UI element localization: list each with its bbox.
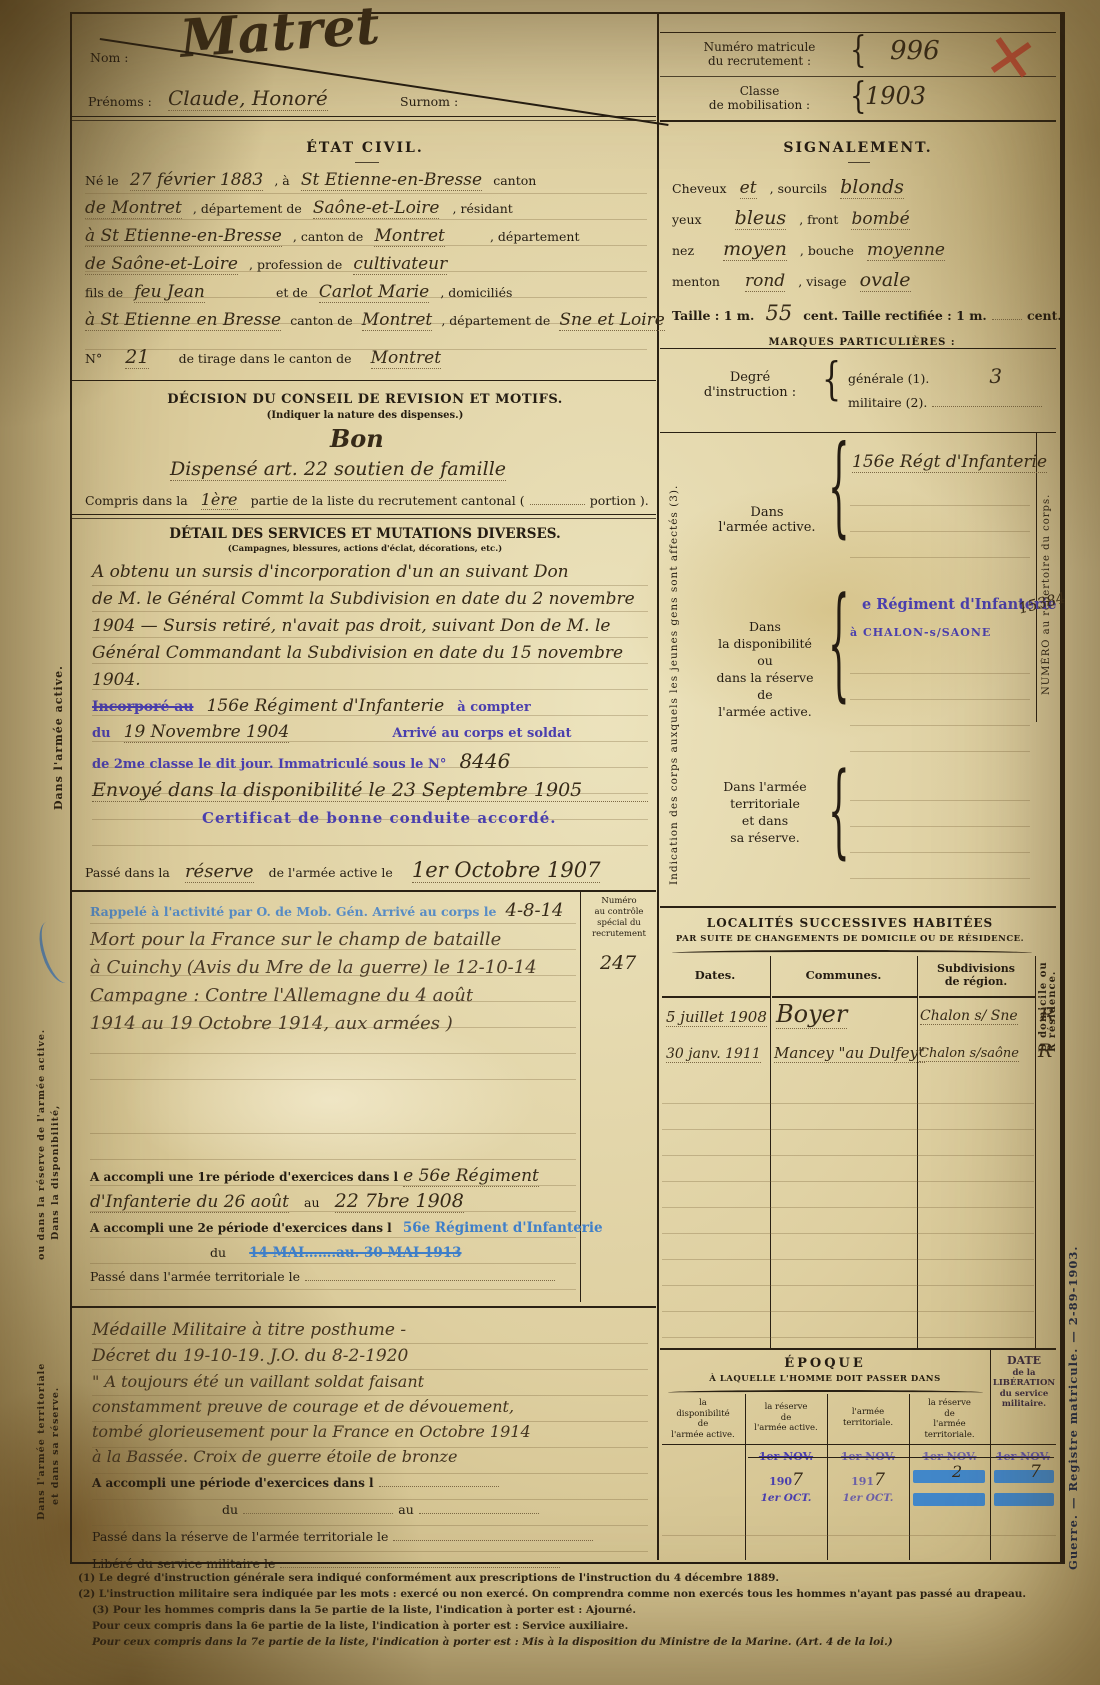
section-divider bbox=[660, 348, 1056, 349]
mobilisation-block: Rappelé à l'activité par O. de Mob. Gén.… bbox=[90, 898, 576, 1098]
epoque-date-header: DATE de la LIBÉRATION du service militai… bbox=[992, 1356, 1056, 1410]
tirage-line: N° 21 de tirage dans le canton de Montre… bbox=[85, 346, 441, 368]
taille-line: Taille : 1 m. 55 cent. Taille rectifiée … bbox=[672, 301, 1052, 325]
localites-row-date: 5 juillet 1908 bbox=[666, 1008, 767, 1027]
margin-label-disponibilite: ou dans la réserve de l'armée active. bbox=[36, 930, 47, 1260]
blue-paint-bar bbox=[913, 1470, 985, 1483]
decision-title: DÉCISION DU CONSEIL DE REVISION ET MOTIF… bbox=[85, 392, 645, 407]
corps-indication-vertical: Indication des corps auxquels les jeunes… bbox=[668, 445, 680, 885]
margin-label-disponibilite: Dans la disponibilité, bbox=[50, 960, 61, 1240]
etat-civil-line: de Montret , département de Saône-et-Loi… bbox=[85, 198, 647, 218]
incorporation-line: Incorporé au 156e Régiment d'Infanterie … bbox=[92, 696, 648, 716]
marques-label: MARQUES PARTICULIÈRES : bbox=[672, 337, 1052, 348]
blank-field bbox=[393, 1529, 593, 1541]
citation-line: constamment preuve de courage et de dévo… bbox=[92, 1397, 648, 1416]
localites-row-dr: R bbox=[1038, 1040, 1052, 1062]
passe-territoriale-line: Passé dans l'armée territoriale le bbox=[90, 1266, 576, 1285]
services-text-line: 1904. bbox=[92, 670, 648, 690]
footnote-line: Pour ceux compris dans la 6e partie de l… bbox=[92, 1618, 1063, 1634]
decision-mention: Bon bbox=[330, 424, 384, 453]
etat-civil-line: fils de feu Jean et de Carlot Marie , do… bbox=[85, 282, 647, 302]
localites-title: LOCALITÉS SUCCESSIVES HABITÉES bbox=[660, 916, 1040, 930]
periode1-line: d'Infanterie du 26 août au 22 7bre 1908 bbox=[90, 1190, 576, 1212]
section-divider bbox=[72, 1306, 656, 1308]
instruction-brace: { bbox=[822, 353, 841, 406]
classe-value: 1903 bbox=[865, 82, 926, 110]
mort-line: à Cuinchy (Avis du Mre de la guerre) le … bbox=[90, 957, 576, 978]
corps-dispo-lines bbox=[850, 648, 1030, 768]
epoque-col2-header: la réservedel'armée active. bbox=[747, 1402, 825, 1434]
registre-matricule-page: Nom : Matret Prénoms : Claude, Honoré Su… bbox=[0, 0, 1100, 1685]
blank-field bbox=[280, 1556, 560, 1568]
epoque-oct-cell: 1er OCT. bbox=[747, 1492, 825, 1504]
mort-line: Mort pour la France sur le champ de bata… bbox=[90, 929, 576, 950]
incorporation-line: de 2me classe le dit jour. Immatriculé s… bbox=[92, 749, 648, 773]
epoque-header-rule bbox=[662, 1444, 1056, 1445]
localites-col-line bbox=[1035, 956, 1036, 1348]
territoriale-block: Médaille Militaire à titre posthume - Dé… bbox=[92, 1318, 648, 1556]
epoque-oct-cell: 1er OCT. bbox=[829, 1492, 907, 1504]
etat-civil-line: Né le 27 février 1883 , à St Etienne-en-… bbox=[85, 170, 647, 190]
services-text-line: de M. le Général Commt la Subdivision en… bbox=[92, 589, 648, 609]
decision-dispense: Dispensé art. 22 soutien de famille bbox=[170, 458, 506, 481]
epoque-col1-header: ladisponibilitédel'armée active. bbox=[662, 1398, 744, 1440]
signalement-line: Cheveux et , sourcils blonds bbox=[672, 176, 1052, 198]
footnotes: (1) Le degré d'instruction générale sera… bbox=[78, 1570, 1063, 1650]
localites-col-subdivisions: Subdivisionsde région. bbox=[919, 962, 1033, 988]
corps-dispo-label: Dans la disponibilité ou dans la réserve… bbox=[700, 618, 830, 720]
localites-row-dr: R bbox=[1040, 1004, 1054, 1026]
localites-top-border bbox=[660, 906, 1056, 908]
etat-civil-line: à St Etienne en Bresse canton de Montret… bbox=[85, 310, 647, 330]
nom-label: Nom : bbox=[90, 50, 129, 65]
etat-civil-line: de Saône-et-Loire , profession de cultiv… bbox=[85, 254, 647, 274]
corps-dispo-stamp-ville: à CHALON-s/SAONE bbox=[850, 626, 991, 639]
blank-field bbox=[530, 493, 585, 505]
margin-label-territoriale: Dans l'armée territoriale bbox=[36, 1320, 47, 1520]
corps-active-brace: { bbox=[828, 424, 850, 552]
campagne-line: 1914 au 19 Octobre 1914, aux armées ) bbox=[90, 1013, 576, 1034]
rappel-line: Rappelé à l'activité par O. de Mob. Gén.… bbox=[90, 900, 576, 921]
localites-empty-rows bbox=[662, 1078, 1034, 1346]
epoque-subtitle: À LAQUELLE L'HOMME DOIT PASSER DANS bbox=[662, 1374, 988, 1384]
section-divider bbox=[72, 514, 656, 515]
localites-row-commune: Boyer bbox=[776, 1000, 847, 1029]
medaille-line: Décret du 19-10-19. J.O. du 8-2-1920 bbox=[92, 1346, 648, 1366]
signalement-line: nez moyen , bouche moyenne bbox=[672, 238, 1052, 260]
localites-subtitle: PAR SUITE DE CHANGEMENTS DE DOMICILE OU … bbox=[660, 934, 1040, 944]
epoque-overwrite: 7 bbox=[1030, 1462, 1041, 1482]
instruction-militaire: militaire (2). bbox=[848, 392, 1042, 411]
services-text-line: Général Commandant la Subdivision en dat… bbox=[92, 643, 648, 663]
matricule-value: 996 bbox=[890, 36, 940, 66]
services-text-line: 1904 — Sursis retiré, n'avait pas droit,… bbox=[92, 616, 648, 636]
blue-paint-bar bbox=[913, 1493, 985, 1506]
section-divider bbox=[72, 518, 656, 519]
decision-subtitle: (Indiquer la nature des dispenses.) bbox=[85, 410, 645, 421]
blue-paint-bar bbox=[994, 1470, 1054, 1483]
matricule-label: Numéro matriculedu recrutement : bbox=[672, 40, 847, 68]
controle-value: 247 bbox=[600, 952, 636, 974]
services-text-line: A obtenu un sursis d'incorporation d'un … bbox=[92, 562, 648, 582]
corps-active-label: Dansl'armée active. bbox=[712, 505, 822, 535]
envoye-line: Envoyé dans la disponibilité le 23 Septe… bbox=[92, 779, 648, 802]
localites-col-communes: Communes. bbox=[772, 968, 915, 982]
localites-row-subdivision: Chalon s/ Sne bbox=[920, 1008, 1018, 1025]
margin-label-armee-active: Dans l'armée active. bbox=[52, 590, 65, 810]
section-divider bbox=[72, 380, 656, 381]
passe-reserve-line: Passé dans la réserve de l'armée active … bbox=[85, 858, 600, 882]
epoque-title: ÉPOQUE bbox=[662, 1356, 988, 1371]
localites-header-rule bbox=[772, 996, 917, 998]
epoque-squiggle bbox=[668, 1390, 983, 1395]
section-divider bbox=[660, 432, 1056, 433]
corps-numero-vertical: NUMÉRO au répertoire du corps. bbox=[1041, 445, 1052, 695]
blank-field bbox=[419, 1502, 539, 1514]
matricule-box-bottom bbox=[660, 120, 1056, 122]
epoque-top-border bbox=[660, 1348, 1056, 1350]
instruction-label: Degréd'instruction : bbox=[690, 370, 810, 400]
corps-active-lines bbox=[850, 480, 1030, 580]
medaille-line: Médaille Militaire à titre posthume - bbox=[92, 1320, 648, 1340]
instruction-generale: générale (1). 3 bbox=[848, 364, 1002, 388]
footnote-line: (2) L'instruction militaire sera indiqué… bbox=[78, 1586, 1063, 1602]
header-rule bbox=[72, 120, 656, 121]
signalement-line: yeux bleus , front bombé bbox=[672, 207, 1052, 229]
title-dash bbox=[848, 162, 870, 163]
column-divider bbox=[657, 12, 659, 1560]
localites-row-commune: Mancey "au Dulfey" bbox=[774, 1044, 925, 1063]
corps-dispo-brace: { bbox=[828, 573, 850, 717]
localites-header-rule bbox=[662, 996, 770, 998]
services-block: A obtenu un sursis d'incorporation d'un … bbox=[92, 560, 648, 860]
localites-row-subdivision: Chalon s/saône bbox=[919, 1046, 1019, 1062]
footnote-line: Pour ceux compris dans la 7e partie de l… bbox=[92, 1634, 1063, 1650]
corps-active-value: 156e Régt d'Infanterie bbox=[852, 452, 1047, 473]
epoque-col4-header: la réservedel'arméeterritoriale. bbox=[911, 1398, 988, 1440]
section-divider bbox=[72, 890, 656, 892]
campagne-line: Campagne : Contre l'Allemagne du 4 août bbox=[90, 985, 576, 1006]
periodes-block: A accompli une 1re période d'exercices d… bbox=[90, 1108, 576, 1298]
etat-civil-block: Né le 27 février 1883 , à St Etienne-en-… bbox=[85, 168, 647, 368]
footnote-line: (1) Le degré d'instruction générale sera… bbox=[78, 1570, 1063, 1586]
etat-civil-line: à St Etienne-en-Bresse , canton de Montr… bbox=[85, 226, 647, 246]
controle-col-divider bbox=[580, 890, 581, 1302]
prenoms-label: Prénoms : bbox=[88, 94, 152, 109]
footnote-line: (3) Pour les hommes compris dans la 5e p… bbox=[92, 1602, 1063, 1618]
citation-line: tombé glorieusement pour la France en Oc… bbox=[92, 1422, 648, 1441]
signalement-line: menton rond , visage ovale bbox=[672, 269, 1052, 291]
blue-paint-bar bbox=[994, 1493, 1054, 1506]
accompli-line: A accompli une période d'exercices dans … bbox=[92, 1472, 648, 1491]
epoque-overwrite: 2 bbox=[952, 1462, 962, 1481]
header-rule bbox=[72, 116, 656, 117]
periode2-line: du 14 MAI…….au. 30 MAI 1913 bbox=[90, 1242, 576, 1261]
blank-field bbox=[243, 1502, 393, 1514]
citation-line: à la Bassée. Croix de guerre étoile de b… bbox=[92, 1447, 648, 1466]
services-subtitle: (Campagnes, blessures, actions d'éclat, … bbox=[85, 544, 645, 554]
certificat-line: Certificat de bonne conduite accordé. bbox=[202, 809, 648, 827]
blank-field bbox=[932, 395, 1042, 407]
epoque-col3-header: l'arméeterritoriale. bbox=[829, 1407, 907, 1428]
blank-field bbox=[305, 1269, 555, 1281]
margin-label-territoriale: et dans sa réserve. bbox=[50, 1335, 61, 1505]
prenoms-value: Claude, Honoré bbox=[168, 86, 328, 111]
localites-row-date: 30 janv. 1911 bbox=[666, 1046, 761, 1063]
blank-field bbox=[379, 1475, 499, 1487]
citation-line: " A toujours été un vaillant soldat fais… bbox=[92, 1372, 648, 1391]
surnom-label: Surnom : bbox=[400, 94, 458, 109]
corps-territoriale-label: Dans l'armée territoriale et dans sa rés… bbox=[700, 778, 830, 846]
controle-label: Numéro au contrôle spécial du recrutemen… bbox=[584, 896, 654, 940]
localites-squiggle bbox=[672, 950, 1032, 956]
classe-label: Classede mobilisation : bbox=[672, 84, 847, 112]
edge-imprint-vertical: Guerre. — Registre matricule. — 2-89-190… bbox=[1066, 1130, 1080, 1570]
epoque-year-cell: 1917 bbox=[829, 1470, 907, 1490]
epoque-strike-line bbox=[748, 1457, 1054, 1458]
epoque-year-cell: 1907 bbox=[747, 1470, 825, 1490]
title-dash bbox=[355, 162, 379, 163]
passe-reserve-terr-line: Passé dans la réserve de l'armée territo… bbox=[92, 1526, 648, 1545]
compris-line: Compris dans la 1ère partie de la liste … bbox=[85, 490, 649, 509]
periode1-line: A accompli une 1re période d'exercices d… bbox=[90, 1166, 576, 1186]
localites-header-rule bbox=[919, 996, 1035, 998]
blank-field bbox=[992, 308, 1022, 320]
etat-civil-title: ÉTAT CIVIL. bbox=[85, 140, 645, 156]
corps-territoriale-lines bbox=[850, 775, 1030, 900]
du-au-line: du au bbox=[222, 1499, 648, 1518]
localites-col-dates: Dates. bbox=[662, 968, 768, 982]
signalement-title: SIGNALEMENT. bbox=[660, 140, 1056, 156]
numero-strip-divider bbox=[1036, 432, 1037, 722]
matricule-brace: { bbox=[850, 30, 867, 72]
signalement-block: Cheveux et , sourcils blonds yeux bleus … bbox=[672, 176, 1052, 348]
corps-territoriale-brace: { bbox=[828, 752, 850, 872]
periode2-line: A accompli une 2e période d'exercices da… bbox=[90, 1217, 576, 1236]
incorporation-line: du 19 Novembre 1904 Arrivé au corps et s… bbox=[92, 722, 648, 742]
services-title: DÉTAIL DES SERVICES ET MUTATIONS DIVERSE… bbox=[85, 526, 645, 542]
epoque-empty-rows bbox=[662, 1510, 1056, 1560]
